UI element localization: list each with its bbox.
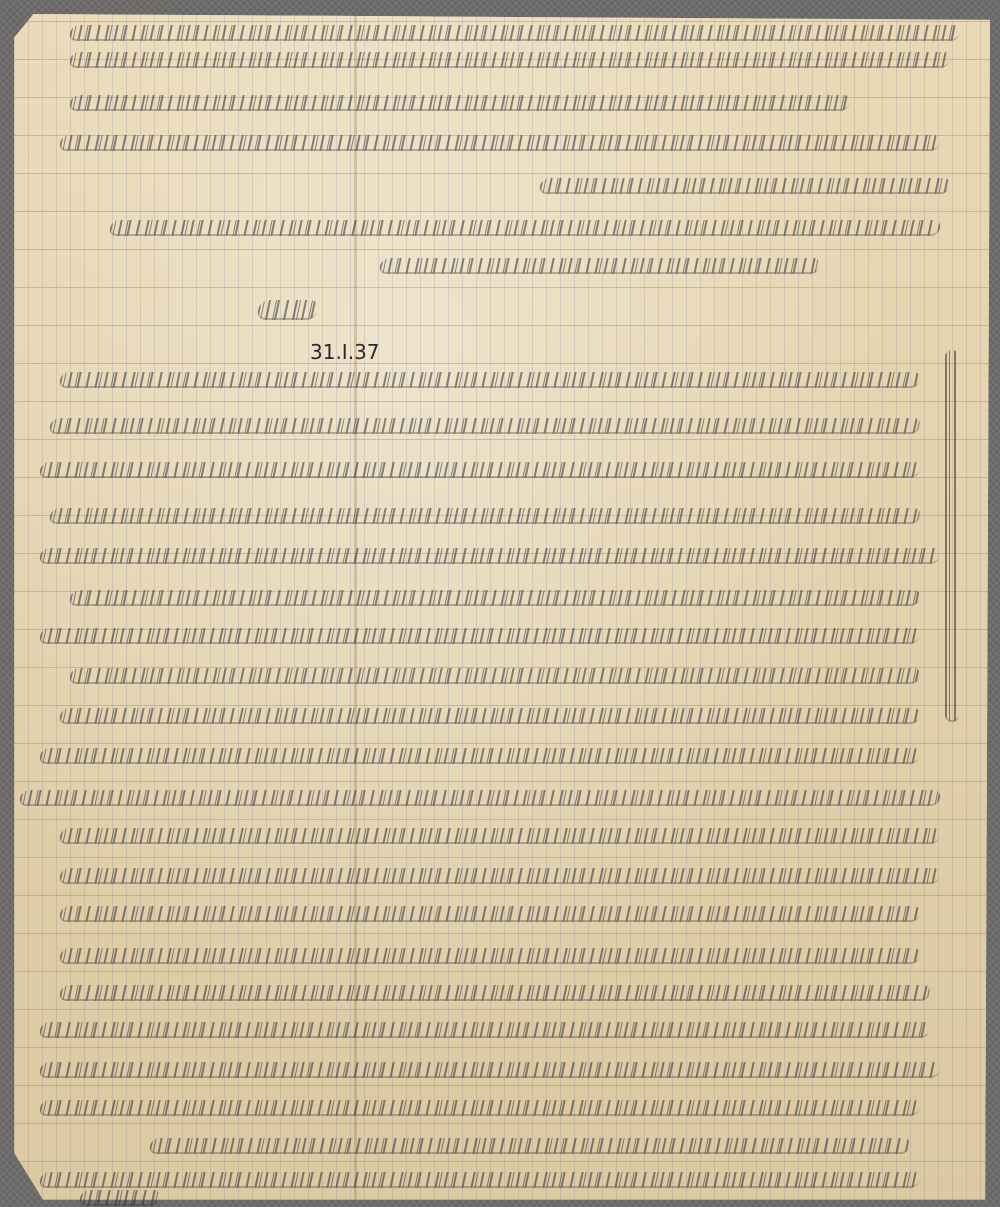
handwritten-line (108, 220, 941, 236)
signature-mark (256, 300, 320, 320)
handwritten-line (58, 868, 941, 884)
handwritten-line (538, 178, 951, 194)
handwritten-line (38, 1100, 921, 1116)
handwritten-line (378, 258, 821, 274)
letter-date: 31.I.37 (310, 340, 380, 364)
handwritten-line (58, 708, 921, 724)
handwritten-line (58, 828, 941, 844)
handwritten-line (38, 748, 921, 764)
handwritten-line (38, 1062, 941, 1078)
handwritten-line (18, 790, 941, 806)
handwritten-line (48, 508, 921, 524)
handwritten-line (58, 985, 931, 1001)
handwritten-line (68, 25, 961, 41)
handwritten-line (68, 590, 921, 606)
handwritten-line (68, 95, 851, 111)
handwritten-line (68, 668, 921, 684)
handwritten-line (58, 372, 921, 388)
handwritten-line (38, 548, 941, 564)
handwritten-line (148, 1138, 911, 1154)
handwritten-line (58, 135, 941, 151)
handwritten-line (58, 948, 921, 964)
handwritten-line (48, 418, 921, 434)
closing-signature (78, 1190, 161, 1206)
handwritten-line (68, 52, 951, 68)
handwritten-line (38, 462, 921, 478)
handwritten-line (38, 628, 921, 644)
handwritten-line (38, 1172, 921, 1188)
margin-note (945, 350, 959, 722)
handwritten-line (38, 1022, 931, 1038)
handwritten-line (58, 906, 921, 922)
